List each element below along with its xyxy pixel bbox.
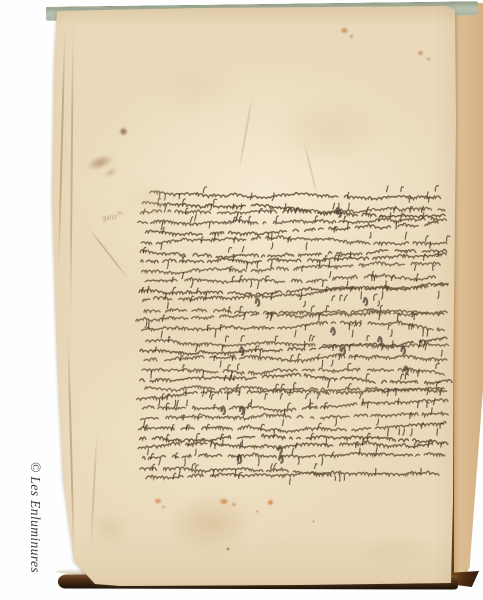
text-line xyxy=(142,366,444,377)
manuscript-photo: ȝeom © Les Enluminures xyxy=(0,0,483,600)
text-line xyxy=(140,248,447,260)
text-line xyxy=(140,412,448,421)
text-line xyxy=(142,320,444,333)
text-line xyxy=(144,353,447,364)
text-line xyxy=(138,217,452,225)
text-line-flourishes xyxy=(143,245,438,260)
text-line xyxy=(144,307,444,318)
text-line xyxy=(141,253,453,265)
text-line-flourishes xyxy=(158,392,435,408)
manuscript-leaf: ȝeom xyxy=(0,0,483,600)
photo-credit-watermark: © Les Enluminures xyxy=(26,462,43,594)
parchment-stain xyxy=(465,58,470,62)
text-line xyxy=(150,189,441,201)
text-line xyxy=(142,399,447,413)
text-line xyxy=(141,235,447,247)
text-line xyxy=(141,261,445,274)
text-line-flourishes xyxy=(161,235,450,250)
text-line-flourishes xyxy=(161,323,428,338)
text-line xyxy=(143,452,445,460)
manuscript-leaf-wrap: ȝeom xyxy=(0,0,483,600)
text-line xyxy=(145,274,441,284)
handwriting-text xyxy=(126,178,458,492)
marginal-annotation-superscript: m xyxy=(116,210,123,218)
